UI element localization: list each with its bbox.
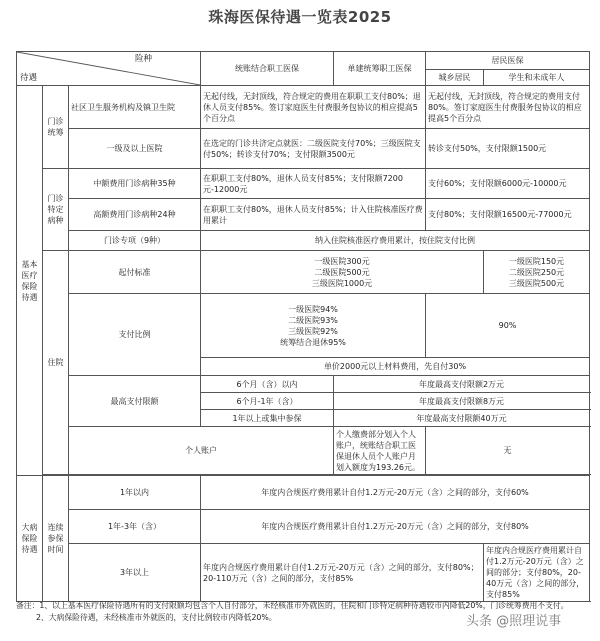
enrollment-period: 1年-3年（含） [69, 510, 201, 544]
row-label: 一级及以上医院 [69, 129, 201, 169]
outpatient-special-label: 门诊特定病种 [43, 169, 69, 251]
page-title: 珠海医保待遇一览表2025 [0, 6, 600, 27]
row-label: 中额费用门诊病种35种 [69, 169, 201, 199]
header-urban-rural: 城乡居民 [426, 70, 484, 86]
header-employee-single: 单建统筹职工医保 [334, 52, 426, 86]
limit-value: 年度最高支付限额2万元 [334, 376, 590, 393]
cell-resident: 支付80%；支付限额16500元-77000元 [426, 199, 590, 231]
cell-all: 纳入住院核准医疗费用累计，按住院支付比例 [201, 231, 590, 251]
cell-employee: 在职职工支付80%，退休人员支付85%；支付限额7200元-12000元 [201, 169, 426, 199]
ratio-level3: 三级医院92% [203, 326, 423, 337]
personal-account-label: 个人账户 [69, 427, 334, 475]
ratio-employee: 一级医院94% 二级医院93% 三级医院92% 统筹结合退休95% [201, 294, 426, 358]
row-label: 支付比例 [69, 294, 201, 376]
deductible-level3: 三级医院1000元 [203, 278, 481, 289]
cell-resident: 无起付线，无封顶线，符合规定的费用支付80%。签订家庭医生付费服务包协议的相应提… [426, 86, 590, 129]
header-resident: 居民医保 [426, 52, 590, 70]
deductible-level3: 三级医院500元 [486, 278, 587, 289]
deductible-level2: 二级医院250元 [486, 267, 587, 278]
header-corner: 险种 待遇 [17, 52, 201, 86]
cell-resident: 支付60%；支付限额6000元-10000元 [426, 169, 590, 199]
row-label: 社区卫生服务机构及镇卫生院 [69, 86, 201, 129]
header-employee-combined: 统账结合职工医保 [201, 52, 334, 86]
ratio-level1: 一级医院94% [203, 304, 423, 315]
basic-group-label: 基本医疗保险待遇 [17, 86, 43, 476]
header-benefits: 待遇 [20, 73, 37, 84]
critical-resident: 年度内合规医疗费用累计自付1.2万元-20万元（含）之间的部分；支付80%，20… [484, 544, 590, 602]
enrollment-period: 3年以上 [69, 544, 201, 602]
critical-group-label: 大病保险待遇 [17, 476, 43, 602]
deductible-level1: 一级医院150元 [486, 256, 587, 267]
watermark: 头条 @照理说事 [466, 610, 561, 629]
header-insurance-type: 险种 [135, 54, 152, 65]
personal-account-employee: 个人缴费部分划入个人账户，统账结合职工医保退休人员个人账户月划入额度为193.2… [334, 427, 426, 475]
row-label: 门诊专项（9种） [69, 231, 201, 251]
continuous-enrollment-label: 连续参保时间 [43, 476, 69, 602]
deductible-employee: 一级医院300元 二级医院500元 三级医院1000元 [201, 251, 484, 294]
deductible-resident: 一级医院150元 二级医院250元 三级医院500元 [484, 251, 590, 294]
benefits-table: 险种 待遇 统账结合职工医保 单建统筹职工医保 居民医保 城乡居民 学生和未成年… [16, 51, 590, 602]
limit-period: 6个月-1年（含） [201, 393, 334, 410]
deductible-level1: 一级医院300元 [203, 256, 481, 267]
enrollment-period: 1年以内 [69, 476, 201, 510]
cell-employee: 无起付线，无封顶线，符合规定的费用在职职工支付80%；退休人员支付85%。签订家… [201, 86, 426, 129]
limit-period: 1年以上或集中参保 [201, 410, 334, 427]
critical-employee: 年度内合规医疗费用累计自付1.2万元-20万元（含）之间的部分，支付80%；20… [201, 544, 484, 602]
limit-value: 年度最高支付限额8万元 [334, 393, 590, 410]
row-label: 起付标准 [69, 251, 201, 294]
max-limit-label: 最高支付限额 [69, 376, 201, 427]
critical-value: 年度内合规医疗费用累计自付1.2万元-20万元（含）之间的部分，支付80% [201, 510, 590, 544]
ratio-level2: 二级医院93% [203, 315, 423, 326]
inpatient-label: 住院 [43, 251, 69, 475]
ratio-resident: 90% [426, 294, 590, 358]
limit-value: 年度最高支付限额40万元 [334, 410, 590, 427]
ratio-retired: 统筹结合退休95% [203, 337, 423, 348]
diagonal-line-icon [17, 52, 200, 85]
limit-period: 6个月（含）以内 [201, 376, 334, 393]
deductible-level2: 二级医院500元 [203, 267, 481, 278]
personal-account-others: 无 [426, 427, 590, 475]
outpatient-pooling-label: 门诊统筹 [43, 86, 69, 169]
critical-value: 年度内合规医疗费用累计自付1.2万元-20万元（含）之间的部分，支付60% [201, 476, 590, 510]
cell-employee: 在职职工支付80%，退休人员支付85%；计入住院核准医疗费用累计 [201, 199, 426, 231]
material-note: 单价2000元以上材料费用，先自付30% [201, 358, 590, 376]
header-student: 学生和未成年人 [484, 70, 590, 86]
cell-employee: 在选定的门诊共济定点就医：二级医院支付70%；三级医院支付50%；转诊支付70%… [201, 129, 426, 169]
cell-resident: 转诊支付50%，支付限额1500元 [426, 129, 590, 169]
row-label: 高额费用门诊病种24种 [69, 199, 201, 231]
